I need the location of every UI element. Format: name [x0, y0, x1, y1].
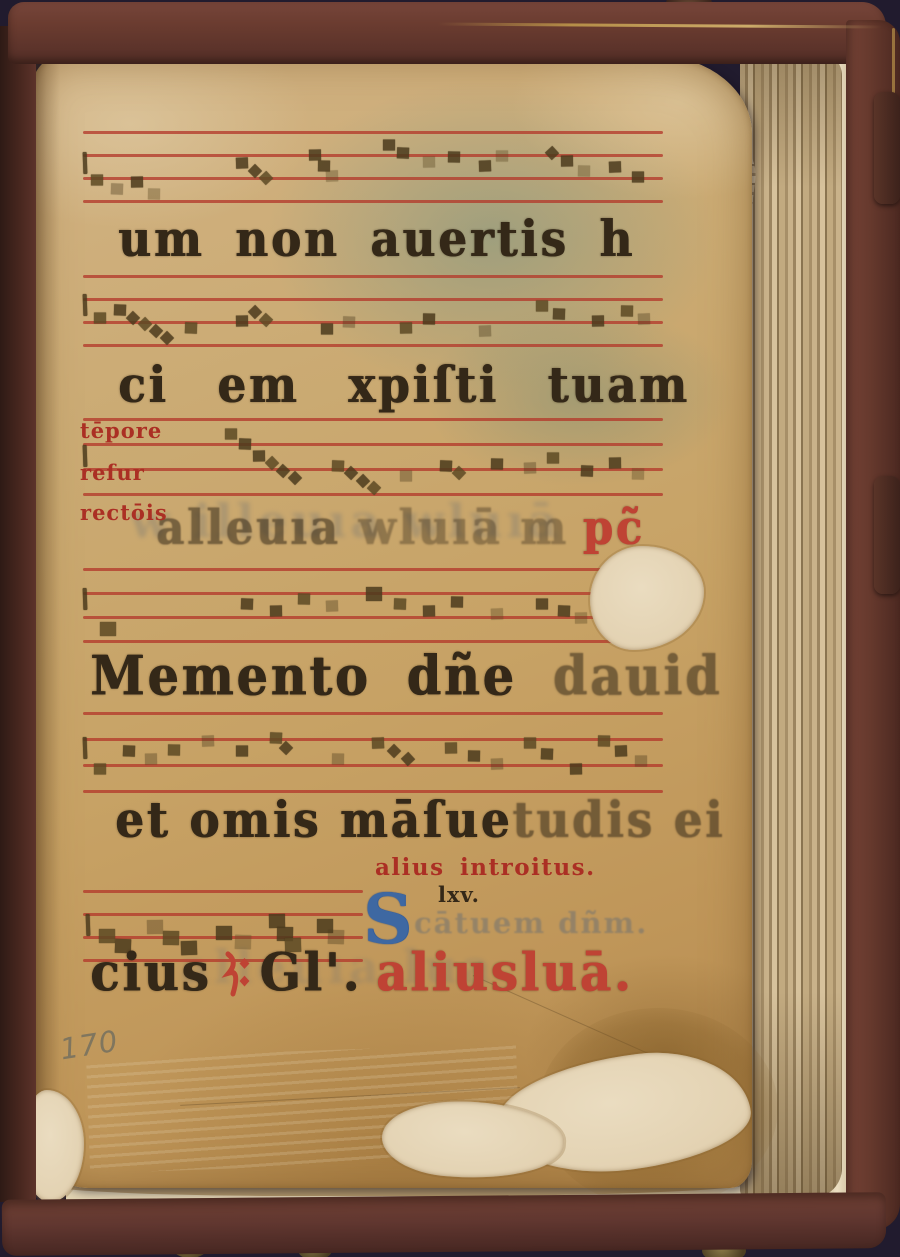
- staff-line: [83, 154, 663, 157]
- neume-punctum: [468, 751, 480, 762]
- neume-diamond: [355, 473, 369, 487]
- neume-punctum: [635, 756, 647, 767]
- chant-text-red: aliusluā.: [376, 942, 633, 1004]
- neume-punctum: [451, 596, 463, 607]
- neume-punctum: [575, 613, 587, 624]
- staff-start-bar: [83, 152, 88, 174]
- binding-leather-top: [8, 2, 886, 64]
- fore-edge-page-stack: [740, 50, 842, 1198]
- neume-punctum: [114, 304, 126, 315]
- neume-punctum: [238, 439, 250, 450]
- clasp-remnant: [874, 92, 900, 204]
- neume-punctum: [332, 753, 344, 764]
- neume-punctum: [598, 735, 610, 746]
- staff-start-bar: [83, 588, 88, 610]
- neume-punctum: [185, 322, 197, 333]
- neume-diamond: [248, 305, 262, 319]
- neume-diamond: [288, 471, 302, 485]
- chant-text-faded: wluıā m: [358, 501, 568, 556]
- neume-punctum: [371, 737, 383, 748]
- neume-punctum: [592, 315, 604, 326]
- chant-text: et omis māſue: [115, 791, 512, 849]
- marginal-rubric: rectōis: [80, 500, 168, 525]
- neume-punctum: [400, 470, 412, 481]
- neume-punctum: [400, 322, 412, 333]
- neume-punctum: [553, 308, 565, 319]
- neume-punctum: [318, 160, 330, 171]
- neume-punctum: [479, 326, 491, 337]
- chant-text: cius: [90, 942, 211, 1004]
- chant-text: um non auertis h: [118, 210, 635, 268]
- staff-line: [83, 890, 363, 893]
- chant-text-line-6: ciusGl'.aliusluā.: [90, 942, 633, 1010]
- neume-punctum: [445, 743, 457, 754]
- neume-punctum-large: [99, 929, 115, 943]
- neume-punctum: [343, 316, 355, 327]
- neume-punctum: [241, 598, 253, 609]
- neume-punctum: [94, 764, 106, 775]
- neume-punctum: [270, 606, 282, 617]
- staff-line: [83, 712, 663, 715]
- staff-start-bar: [85, 913, 90, 935]
- neume-diamond: [259, 313, 273, 327]
- parchment-page: w illeuıa wluıā alleuıa lua um non auert…: [30, 56, 752, 1188]
- neume-punctum: [131, 176, 143, 187]
- chant-text-line-1: um non auertis h: [118, 210, 635, 268]
- neume-punctum: [422, 313, 434, 324]
- neume-punctum-large: [366, 587, 382, 601]
- chant-text-faded: dauid: [553, 644, 723, 708]
- neume-punctum: [422, 156, 434, 167]
- neume-punctum: [637, 313, 649, 324]
- staff-line: [83, 640, 663, 643]
- neume-punctum-large: [216, 926, 232, 940]
- neume-punctum: [621, 305, 633, 316]
- chant-text: alleuıa: [156, 501, 358, 556]
- staff-line: [83, 177, 663, 180]
- staff-4: [83, 568, 663, 643]
- neume-punctum: [332, 460, 344, 471]
- neume-punctum: [439, 460, 451, 471]
- neume-punctum: [490, 608, 502, 619]
- neume-punctum: [298, 594, 310, 605]
- binding-leather-bottom: [2, 1192, 886, 1256]
- roman-numeral: lxv.: [438, 882, 480, 907]
- neume-punctum: [383, 139, 395, 150]
- staff-line: [83, 321, 663, 324]
- neume-punctum: [145, 753, 157, 764]
- neume-punctum: [236, 157, 248, 168]
- staff-line: [83, 344, 663, 347]
- staff-start-bar: [83, 294, 88, 316]
- staff-start-bar: [83, 737, 88, 759]
- staff-1: [83, 131, 663, 203]
- staff-line: [83, 275, 663, 278]
- chant-text-line-5: et omis māſuetudis ei: [115, 791, 725, 849]
- marginal-rubric: reſur: [80, 460, 145, 485]
- neume-punctum: [225, 429, 237, 440]
- neume-punctum: [578, 166, 590, 177]
- neume-punctum: [609, 457, 621, 468]
- neume-punctum: [309, 150, 321, 161]
- neume-punctum: [122, 745, 134, 756]
- neume-punctum: [547, 453, 559, 464]
- staff-line: [83, 468, 663, 471]
- binding-leather-left: [0, 26, 36, 1202]
- neume-punctum: [236, 746, 248, 757]
- neume-punctum: [236, 315, 248, 326]
- neume-punctum: [270, 732, 282, 743]
- chant-text: Memento dñe: [90, 644, 553, 708]
- neume-punctum: [615, 745, 627, 756]
- rubric-alius-introitus: alius introitus.: [375, 854, 596, 881]
- neume-punctum: [536, 301, 548, 312]
- neume-punctum-large: [100, 622, 116, 636]
- neume-punctum: [561, 155, 573, 166]
- neume-punctum: [541, 748, 553, 759]
- neume-punctum: [558, 605, 570, 616]
- marginal-rubric: tēpore: [80, 418, 162, 443]
- neume-punctum: [570, 764, 582, 775]
- clasp-remnant: [874, 476, 900, 594]
- neume-punctum: [253, 450, 265, 461]
- neume-punctum: [524, 462, 536, 473]
- neume-diamond: [545, 146, 559, 160]
- neume-punctum: [422, 606, 434, 617]
- neume-punctum: [632, 172, 644, 183]
- staff-line: [83, 131, 663, 134]
- versicle-mark-icon: [221, 949, 251, 1011]
- neume-punctum: [632, 469, 644, 480]
- neume-punctum: [536, 599, 548, 610]
- chant-text-faded: tudis ei: [512, 791, 725, 849]
- neume-punctum: [397, 147, 409, 158]
- staff-5: [83, 712, 663, 793]
- chant-text-line-2: ci em xpiſti tuam: [118, 356, 690, 414]
- neume-punctum: [581, 465, 593, 476]
- neume-diamond: [259, 171, 273, 185]
- neume-punctum: [496, 151, 508, 162]
- neume-punctum: [326, 601, 338, 612]
- neume-punctum: [202, 735, 214, 746]
- chant-text-line-4: Memento dñe dauid: [90, 644, 722, 708]
- staff-2: [83, 275, 663, 347]
- neume-diamond: [387, 744, 401, 758]
- neume-punctum: [609, 161, 621, 172]
- neume-punctum: [91, 175, 103, 186]
- chant-text-line-3: alleuıa wluıā mpc̃: [156, 501, 645, 556]
- staff-line: [83, 568, 663, 571]
- chant-text: ci em xpiſti tuam: [118, 356, 690, 414]
- neume-punctum: [524, 738, 536, 749]
- neume-punctum: [326, 170, 338, 181]
- staff-line: [83, 298, 663, 301]
- neume-punctum: [321, 324, 333, 335]
- neume-punctum: [148, 189, 160, 200]
- staff-3: [83, 418, 663, 496]
- neume-punctum: [168, 744, 180, 755]
- neume-punctum: [490, 459, 502, 470]
- staff-line: [83, 443, 663, 446]
- manuscript-photograph: w illeuıa wluıā alleuıa lua um non auert…: [0, 0, 900, 1257]
- neume-punctum: [94, 312, 106, 323]
- neume-punctum: [479, 160, 491, 171]
- neume-punctum: [490, 758, 502, 769]
- staff-line: [83, 913, 363, 916]
- neume-diamond: [276, 463, 290, 477]
- staff-line: [83, 418, 663, 421]
- neume-punctum-large: [147, 920, 163, 934]
- neume-punctum: [111, 183, 123, 194]
- staff-line: [83, 200, 663, 203]
- neume-punctum: [394, 598, 406, 609]
- chant-text: Gl'.: [259, 942, 362, 1004]
- neume-punctum: [448, 152, 460, 163]
